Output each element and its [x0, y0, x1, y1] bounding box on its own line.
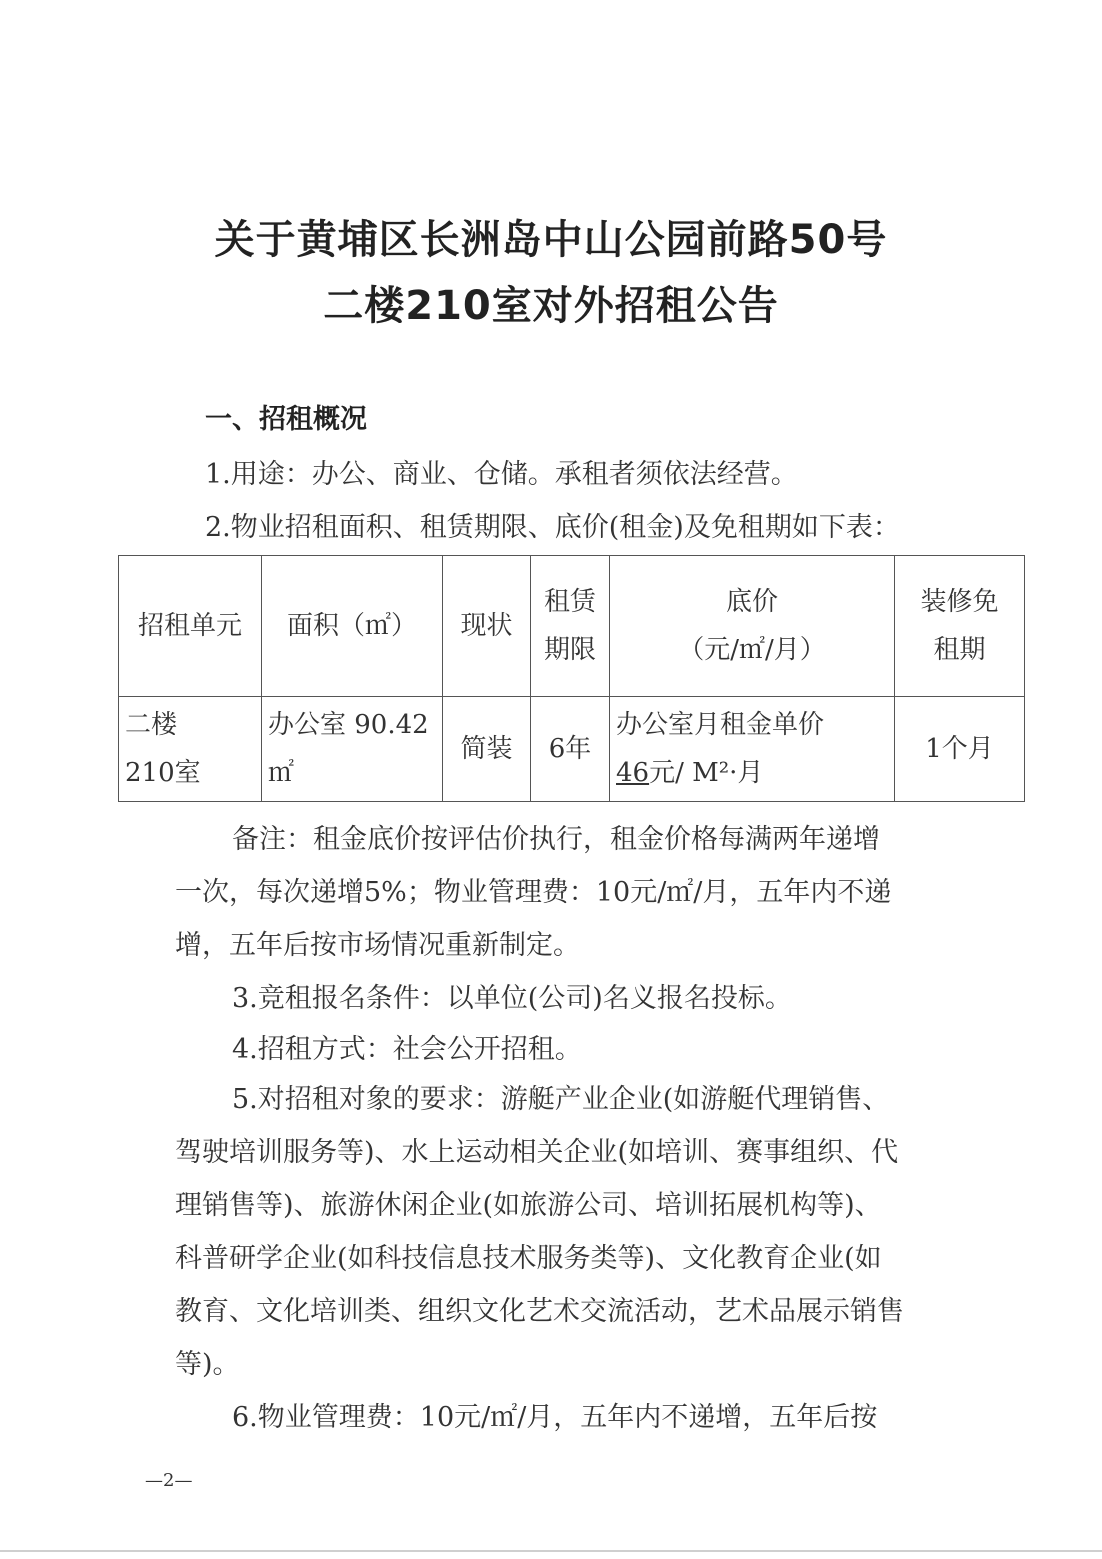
cell-free-rent: 1个月 [895, 697, 1025, 802]
header-status: 现状 [443, 556, 531, 697]
note-line-3: 增，五年后按市场情况重新制定。 [175, 923, 580, 962]
cell-price: 办公室月租金单价46元/ M²·月 [610, 697, 895, 802]
header-area: 面积（㎡） [262, 556, 443, 697]
paragraph-item-4: 4.招租方式：社会公开招租。 [232, 1027, 582, 1066]
paragraph-item-5-line-1: 5.对招租对象的要求：游艇产业企业(如游艇代理销售、 [232, 1077, 889, 1116]
paragraph-item-5-line-6: 等)。 [175, 1342, 240, 1381]
header-free-rent: 装修免租期 [895, 556, 1025, 697]
paragraph-item-2: 2.物业招租面积、租赁期限、底价(租金)及免租期如下表： [205, 505, 900, 544]
paragraph-item-6-line-1: 6.物业管理费：10元/㎡/月，五年内不递增，五年后按 [232, 1395, 877, 1434]
paragraph-item-5-line-3: 理销售等)、旅游休闲企业(如旅游公司、培训拓展机构等)、 [175, 1183, 882, 1222]
cell-area: 办公室 90.42㎡ [262, 697, 443, 802]
price-number: 46 [616, 758, 649, 788]
document-title-line-2: 二楼210室对外招租公告 [0, 274, 1102, 331]
cell-term: 6年 [531, 697, 610, 802]
note-line-2: 一次，每次递增5%；物业管理费：10元/㎡/月，五年内不递 [175, 870, 891, 909]
paragraph-item-1: 1.用途：办公、商业、仓储。承租者须依法经营。 [205, 452, 798, 491]
cell-status: 简装 [443, 697, 531, 802]
paragraph-item-5-line-4: 科普研学企业(如科技信息技术服务类等)、文化教育企业(如 [175, 1236, 882, 1275]
table-header-row: 招租单元 面积（㎡） 现状 租赁期限 底价（元/㎡/月） 装修免租期 [119, 556, 1025, 697]
header-price: 底价（元/㎡/月） [610, 556, 895, 697]
paragraph-item-5-line-5: 教育、文化培训类、组织文化艺术交流活动，艺术品展示销售 [175, 1289, 904, 1328]
page-number: —2— [145, 1470, 192, 1491]
header-term: 租赁期限 [531, 556, 610, 697]
page-edge-divider [0, 1550, 1102, 1552]
paragraph-item-3: 3.竞租报名条件：以单位(公司)名义报名投标。 [232, 976, 792, 1015]
header-unit: 招租单元 [119, 556, 262, 697]
table-row: 二楼210室 办公室 90.42㎡ 简装 6年 办公室月租金单价46元/ M²·… [119, 697, 1025, 802]
note-line-1: 备注：租金底价按评估价执行，租金价格每满两年递增 [232, 817, 880, 856]
document-title-line-1: 关于黄埔区长洲岛中山公园前路50号 [0, 208, 1102, 265]
rental-table: 招租单元 面积（㎡） 现状 租赁期限 底价（元/㎡/月） 装修免租期 二楼210… [118, 555, 1025, 802]
cell-unit: 二楼210室 [119, 697, 262, 802]
paragraph-item-5-line-2: 驾驶培训服务等)、水上运动相关企业(如培训、赛事组织、代 [175, 1130, 898, 1169]
section-heading: 一、招租概况 [205, 397, 367, 436]
